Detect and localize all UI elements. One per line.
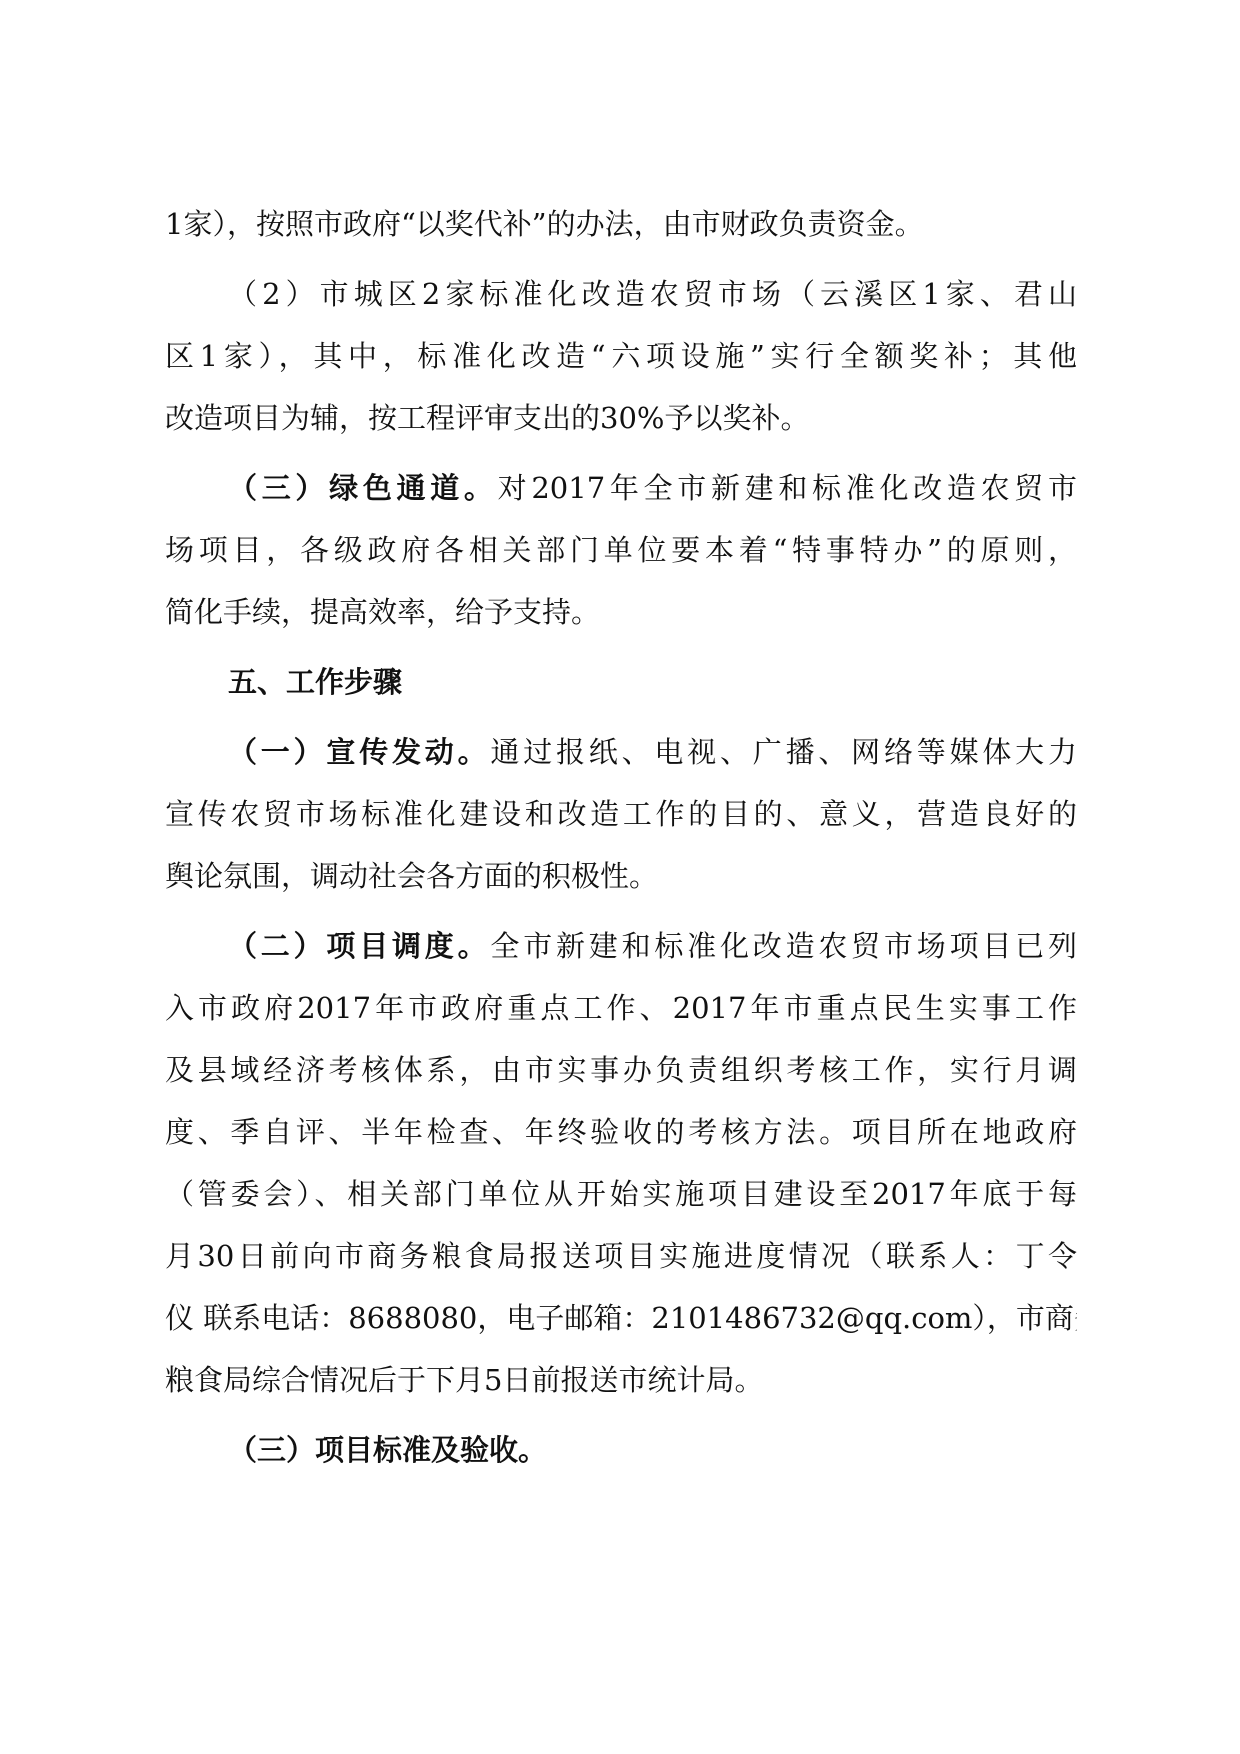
paragraph-green-channel-line-3: 简化手续，提高效率，给予支持。 bbox=[165, 581, 1077, 643]
green-channel-text: 对2017年全市新建和标准化改造农贸市 bbox=[498, 471, 1077, 505]
paragraph-item-2-line-2: 区1家），其中，标准化改造“六项设施”实行全额奖补；其他 bbox=[165, 325, 1077, 387]
paragraph-publicity-line-1: （一）宣传发动。通过报纸、电视、广播、网络等媒体大力 bbox=[165, 721, 1077, 783]
paragraph-scheduling-line-7: 仪 联系电话：8688080，电子邮箱：2101486732@qq.com），市… bbox=[165, 1287, 1077, 1349]
paragraph-item-2-line-3: 改造项目为辅，按工程评审支出的30%予以奖补。 bbox=[165, 387, 1077, 449]
scheduling-lead: （二）项目调度。 bbox=[228, 929, 490, 963]
paragraph-scheduling-line-6: 月30日前向市商务粮食局报送项目实施进度情况（联系人：丁令 bbox=[165, 1225, 1077, 1287]
publicity-lead: （一）宣传发动。 bbox=[228, 735, 490, 769]
publicity-text: 通过报纸、电视、广播、网络等媒体大力 bbox=[490, 735, 1077, 769]
paragraph-scheduling-line-8: 粮食局综合情况后于下月5日前报送市统计局。 bbox=[165, 1349, 1077, 1411]
section-heading-work-steps: 五、工作步骤 bbox=[165, 651, 1077, 713]
paragraph-scheduling-line-5: （管委会）、相关部门单位从开始实施项目建设至2017年底于每 bbox=[165, 1163, 1077, 1225]
document-page: 1家），按照市政府“以奖代补”的办法，由市财政负责资金。 （2）市城区2家标准化… bbox=[165, 193, 1077, 1481]
subheading-standards-acceptance: （三）项目标准及验收。 bbox=[165, 1419, 1077, 1481]
green-channel-lead: （三）绿色通道。 bbox=[228, 471, 498, 505]
paragraph-publicity-line-2: 宣传农贸市场标准化建设和改造工作的目的、意义，营造良好的 bbox=[165, 783, 1077, 845]
paragraph-scheduling-line-2: 入市政府2017年市政府重点工作、2017年市重点民生实事工作 bbox=[165, 977, 1077, 1039]
paragraph-publicity-line-3: 舆论氛围，调动社会各方面的积极性。 bbox=[165, 845, 1077, 907]
paragraph-green-channel-line-1: （三）绿色通道。对2017年全市新建和标准化改造农贸市 bbox=[165, 457, 1077, 519]
paragraph-item-2-line-1: （2）市城区2家标准化改造农贸市场（云溪区1家、君山 bbox=[165, 263, 1077, 325]
paragraph-scheduling-line-4: 度、季自评、半年检查、年终验收的考核方法。项目所在地政府 bbox=[165, 1101, 1077, 1163]
paragraph-scheduling-line-1: （二）项目调度。全市新建和标准化改造农贸市场项目已列 bbox=[165, 915, 1077, 977]
paragraph-continuation-line: 1家），按照市政府“以奖代补”的办法，由市财政负责资金。 bbox=[165, 193, 1077, 255]
paragraph-scheduling-line-3: 及县域经济考核体系，由市实事办负责组织考核工作，实行月调 bbox=[165, 1039, 1077, 1101]
scheduling-text: 全市新建和标准化改造农贸市场项目已列 bbox=[490, 929, 1077, 963]
paragraph-green-channel-line-2: 场项目，各级政府各相关部门单位要本着“特事特办”的原则， bbox=[165, 519, 1077, 581]
